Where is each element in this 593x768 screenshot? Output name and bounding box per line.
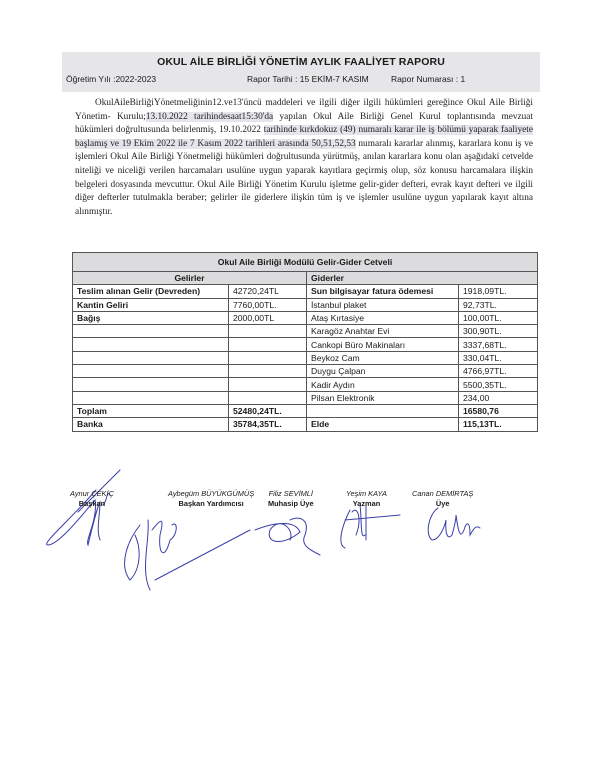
income-value — [229, 378, 307, 391]
income-label — [73, 338, 229, 351]
expense-value: 92,73TL. — [459, 298, 538, 311]
expense-label: Ataş Kırtasiye — [307, 311, 459, 324]
income-expense-table: Okul Aile Birliği Modülü Gelir-Gider Cet… — [72, 252, 538, 432]
table-row: Kadir Aydın5500,35TL. — [73, 378, 538, 391]
income-value: 2000,00TL — [229, 311, 307, 324]
signatory-role: Başkan — [70, 499, 114, 509]
expense-value: 1918,09TL. — [459, 285, 538, 298]
signatory-name: Aynur ÇEKİÇ — [70, 489, 114, 499]
total-label: Toplam — [73, 404, 229, 417]
total-income: 52480,24TL. — [229, 404, 307, 417]
signatory-role: Muhasip Üye — [268, 499, 314, 509]
expense-label: Duygu Çalpan — [307, 365, 459, 378]
total-expense: 16580,76 — [459, 404, 538, 417]
expense-value: 3337,68TL. — [459, 338, 538, 351]
expense-value: 100,00TL. — [459, 311, 538, 324]
expense-label: Sun bilgisayar fatura ödemesi — [307, 285, 459, 298]
signatory-2: Aybegüm BÜYÜKGÜMÜŞ Başkan Yardımcısı — [168, 489, 254, 508]
signatory-name: Filiz SEVİMLİ — [268, 489, 314, 499]
signature-muhasip — [255, 518, 320, 555]
bank-value: 35784,35TL. — [229, 418, 307, 431]
income-value — [229, 391, 307, 404]
table-title: Okul Aile Birliği Modülü Gelir-Gider Cet… — [73, 253, 538, 272]
expense-value: 4766,97TL. — [459, 365, 538, 378]
expense-header: Giderler — [307, 272, 538, 285]
income-header: Gelirler — [73, 272, 307, 285]
bank-label: Banka — [73, 418, 229, 431]
expense-label: Karagöz Anahtar Evi — [307, 325, 459, 338]
highlighted-text: 13.10.2022 tarihindesaat15:30'da — [146, 112, 273, 122]
expense-label: Beykoz Cam — [307, 351, 459, 364]
income-label: Bağış — [73, 311, 229, 324]
cash-label: Elde — [307, 418, 459, 431]
report-title: OKUL AİLE BİRLİĞİ YÖNETİM AYLIK FAALİYET… — [62, 56, 540, 68]
signature-baskan-yardimci — [125, 520, 250, 590]
table-row: Cankopi Büro Makinaları3337,68TL. — [73, 338, 538, 351]
expense-label: Pilsan Elektronik — [307, 391, 459, 404]
expense-value: 330,04TL. — [459, 351, 538, 364]
expense-value: 234,00 — [459, 391, 538, 404]
signatory-role: Yazman — [346, 499, 387, 509]
report-paragraph: OkulAileBirliğiYönetmeliğinin12.ve13'ünc… — [75, 97, 533, 219]
expense-label: Kadir Aydın — [307, 378, 459, 391]
signatory-3: Filiz SEVİMLİ Muhasip Üye — [268, 489, 314, 508]
signature-yazman — [341, 505, 400, 548]
table-row: Pilsan Elektronik234,00 — [73, 391, 538, 404]
table-row: Teslim alınan Gelir (Devreden)42720,24TL… — [73, 285, 538, 298]
signatory-name: Yeşim KAYA — [346, 489, 387, 499]
report-date: Rapor Tarihi : 15 EKİM-7 KASIM — [247, 74, 369, 84]
table-title-row: Okul Aile Birliği Modülü Gelir-Gider Cet… — [73, 253, 538, 272]
income-value: 42720,24TL — [229, 285, 307, 298]
total-expense-label — [307, 404, 459, 417]
academic-year: Öğretim Yılı :2022-2023 — [66, 74, 156, 84]
income-label: Kantin Geliri — [73, 298, 229, 311]
income-value: 7760,00TL. — [229, 298, 307, 311]
signatory-1: Aynur ÇEKİÇ Başkan — [70, 489, 114, 508]
report-header: OKUL AİLE BİRLİĞİ YÖNETİM AYLIK FAALİYET… — [62, 52, 540, 92]
signatory-5: Canan DEMİRTAŞ Üye — [412, 489, 473, 508]
expense-label: Cankopi Büro Makinaları — [307, 338, 459, 351]
income-label — [73, 325, 229, 338]
report-number: Rapor Numarası : 1 — [391, 74, 465, 84]
table-header-row: Gelirler Giderler — [73, 272, 538, 285]
income-label — [73, 378, 229, 391]
cash-value: 115,13TL. — [459, 418, 538, 431]
signatory-role: Başkan Yardımcısı — [168, 499, 254, 509]
table-row: Beykoz Cam330,04TL. — [73, 351, 538, 364]
income-label: Teslim alınan Gelir (Devreden) — [73, 285, 229, 298]
income-value — [229, 325, 307, 338]
expense-value: 300,90TL. — [459, 325, 538, 338]
income-label — [73, 365, 229, 378]
income-label — [73, 391, 229, 404]
signatory-role: Üye — [412, 499, 473, 509]
bank-row: Banka35784,35TL.Elde115,13TL. — [73, 418, 538, 431]
income-value — [229, 365, 307, 378]
signatory-name: Canan DEMİRTAŞ — [412, 489, 473, 499]
signatory-name: Aybegüm BÜYÜKGÜMÜŞ — [168, 489, 254, 499]
signature-uye — [428, 508, 480, 540]
expense-value: 5500,35TL. — [459, 378, 538, 391]
signatory-4: Yeşim KAYA Yazman — [346, 489, 387, 508]
paragraph-text: numaralı kararlar alınmış, kararlara kon… — [75, 139, 533, 217]
income-label — [73, 351, 229, 364]
income-value — [229, 351, 307, 364]
table-row: Duygu Çalpan4766,97TL. — [73, 365, 538, 378]
table-row: Karagöz Anahtar Evi300,90TL. — [73, 325, 538, 338]
table-row: Kantin Geliri7760,00TL.İstanbul plaket92… — [73, 298, 538, 311]
income-value — [229, 338, 307, 351]
expense-label: İstanbul plaket — [307, 298, 459, 311]
table-row: Bağış2000,00TLAtaş Kırtasiye100,00TL. — [73, 311, 538, 324]
total-row: Toplam52480,24TL.16580,76 — [73, 404, 538, 417]
